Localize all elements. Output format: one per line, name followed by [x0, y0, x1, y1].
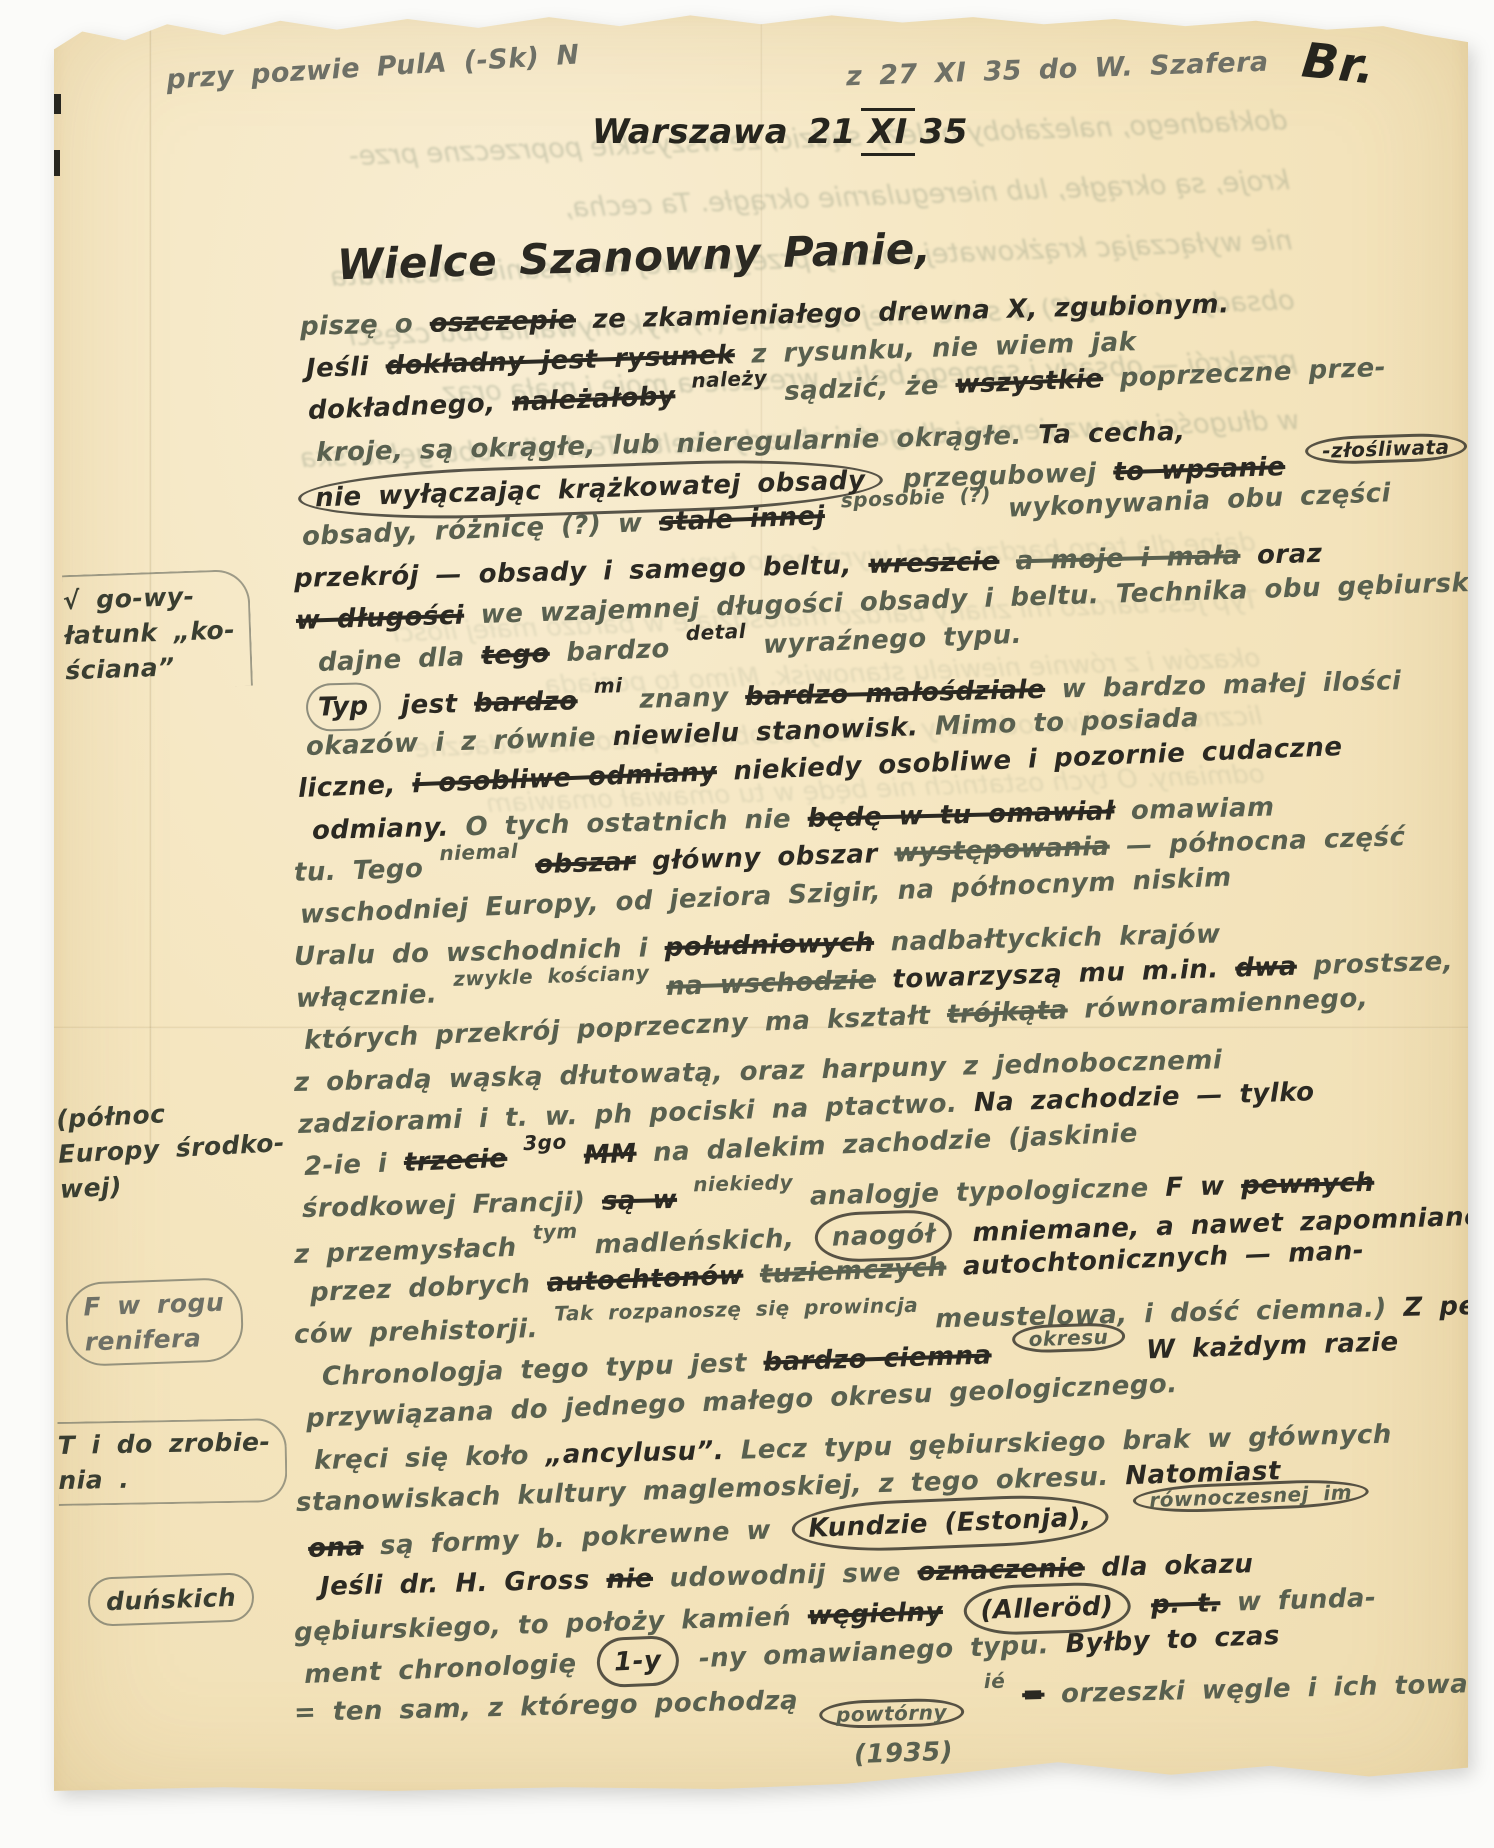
text-segment: poprzeczne prze-: [1119, 353, 1386, 394]
text-segment: obsady, różnicę (?) w: [301, 508, 643, 552]
text-segment: na wschodzie: [666, 965, 877, 1002]
text-segment: trzecie: [403, 1144, 508, 1178]
text-segment: 3go: [523, 1131, 567, 1153]
text-segment: Jeśli: [306, 352, 370, 384]
text-segment: trójkąta: [946, 995, 1068, 1030]
dateline: Warszawa 21XI35: [592, 112, 968, 152]
text-segment: wykonywania obu części: [1007, 478, 1391, 523]
dateline-city-day: Warszawa 21: [592, 112, 856, 152]
text-segment: ié: [984, 1671, 1006, 1692]
text-segment: udowodnij swe: [669, 1558, 901, 1594]
scanned-letter-page: dokładnego, należałoby należy sądzić, że…: [0, 0, 1494, 1848]
text-segment: znany: [639, 683, 729, 715]
text-segment: dwa: [1235, 952, 1298, 984]
text-segment: liczne,: [297, 770, 396, 804]
text-segment: oraz: [1257, 539, 1323, 571]
pencil-annotation-left: przy pozwie PulA (-Sk) N: [165, 39, 580, 95]
margin-note-line: √ go-wy-: [62, 577, 234, 618]
margin-note-line: nia .: [58, 1459, 271, 1498]
text-segment: autochtonicznych — man-: [962, 1236, 1364, 1282]
text-segment: F w: [1165, 1171, 1225, 1202]
text-segment: środkowej Francji): [302, 1187, 586, 1224]
text-segment: „ancylusu”.: [545, 1436, 724, 1470]
text-segment: piszę o: [300, 309, 414, 342]
margin-note: F w rogurenifera: [65, 1277, 245, 1367]
text-segment: w długości: [296, 601, 465, 636]
text-segment: Z pewnością nie: [1403, 1287, 1468, 1323]
text-segment: okazów i z równie: [306, 723, 597, 762]
margin-note-line: T i do zrobie-: [57, 1424, 270, 1463]
text-segment: 1-y: [596, 1635, 679, 1688]
text-segment: powtórny: [819, 1698, 965, 1730]
text-segment: ców prehistorji.: [294, 1314, 539, 1350]
text-segment: Jeśli dr. H. Gross: [320, 1565, 591, 1602]
pencil-annotation-center: z 27 XI 35 do W. Szafera: [846, 47, 1269, 93]
text-segment: MM: [583, 1139, 637, 1171]
text-segment: obszar: [535, 847, 636, 880]
text-segment: tuziemczych: [759, 1252, 947, 1289]
margin-note-line: renifera: [84, 1320, 226, 1360]
text-segment: sądzić, że: [784, 371, 940, 407]
text-segment: tego: [481, 639, 551, 672]
text-segment: wreszcie: [868, 547, 1000, 580]
text-segment: =: [1022, 1680, 1045, 1711]
text-segment: detal: [685, 621, 746, 643]
text-segment: 2-ie i: [303, 1149, 388, 1182]
text-segment: jest: [401, 689, 458, 720]
margin-note: duńskich: [87, 1572, 255, 1627]
text-segment: należałoby: [511, 381, 676, 418]
text-segment: = ten sam, z którego pochodzą: [294, 1686, 799, 1728]
margin-note: √ go-wy-łatunk „ko-ściana”: [62, 569, 253, 692]
text-segment: włącznie.: [296, 979, 438, 1014]
text-segment: równoramiennego,: [1084, 983, 1369, 1024]
text-segment: -ny omawianego typu.: [698, 1630, 1049, 1674]
text-segment: odmiany.: [312, 813, 450, 846]
text-segment: tu. Tego: [294, 854, 424, 888]
dateline-month: XI: [861, 108, 915, 156]
text-segment: bardzo: [566, 634, 671, 668]
text-segment: mi: [594, 675, 623, 696]
paper-shadow-wrap: dokładnego, należałoby należy sądzić, że…: [0, 0, 1494, 1848]
ink-initials: Br.: [1299, 32, 1378, 95]
margin-note-line: łatunk „ko-: [64, 612, 236, 653]
margin-note-line: F w rogu: [83, 1285, 225, 1325]
text-segment: kręci się koło: [314, 1441, 530, 1476]
text-segment: należy: [691, 368, 768, 391]
text-segment: orzeszki węgle i ich towarzystwo: [1061, 1666, 1468, 1709]
text-segment: niemal: [439, 841, 518, 864]
text-segment: tym: [532, 1221, 578, 1242]
margin-note: T i do zrobie-nia .: [57, 1418, 287, 1506]
text-segment: są formy b. pokrewne w: [379, 1515, 771, 1561]
text-segment: główny obszar: [652, 839, 879, 876]
margin-note: (północEuropy środko-wej): [55, 1090, 287, 1207]
text-segment: Byłby to czas: [1065, 1621, 1281, 1660]
letter-body: piszę o oszczepie ze zkamieniałego drewn…: [294, 306, 1468, 1776]
text-segment: dokładnego,: [307, 388, 496, 426]
text-segment: ment chronologię: [304, 1649, 578, 1690]
text-segment: ona: [308, 1532, 365, 1564]
dateline-year: 35: [920, 112, 968, 152]
text-segment: bardzo: [474, 686, 578, 719]
text-segment: wszystkie: [955, 364, 1104, 400]
text-segment: są w: [602, 1185, 678, 1217]
edge-ink-mark: [54, 150, 60, 176]
text-segment: południowych: [664, 928, 874, 963]
margin-note-line: duńskich: [105, 1580, 236, 1620]
edge-ink-mark: [54, 94, 61, 114]
text-segment: i osobliwe odmiany: [412, 757, 718, 799]
text-segment: okresu: [1011, 1322, 1125, 1354]
letter-paper: dokładnego, należałoby należy sądzić, że…: [54, 10, 1468, 1798]
text-segment: nie: [606, 1564, 653, 1595]
text-segment: oszczepie: [429, 305, 576, 339]
text-segment: zwykle kościany: [453, 963, 650, 989]
text-segment: przez dobrych: [309, 1269, 531, 1308]
text-segment: autochtonów: [546, 1261, 743, 1299]
text-segment: (1935): [854, 1737, 954, 1770]
text-segment: wyraźnego typu.: [763, 620, 1023, 660]
text-segment: niekiedy: [693, 1172, 793, 1194]
margin-note-line: ściana”: [65, 647, 237, 688]
text-segment: sposobie (?): [840, 484, 991, 510]
text-segment: dajne dla: [317, 642, 465, 678]
salutation: Wielce Szanowny Panie,: [336, 224, 931, 290]
text-segment: stale innej: [658, 501, 825, 538]
